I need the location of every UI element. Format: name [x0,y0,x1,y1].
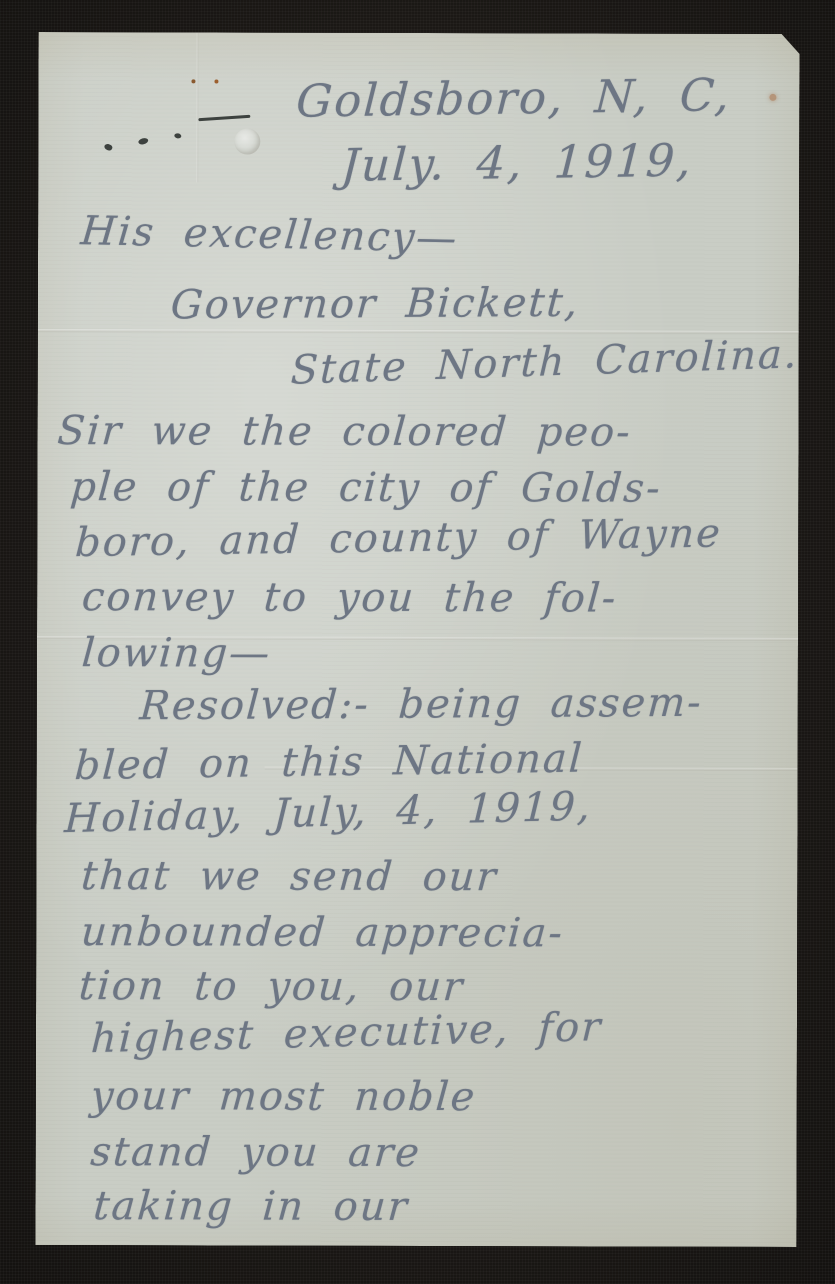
body-line: boro, and county of Wayne [74,510,723,566]
body-line: ple of the city of Golds- [69,464,664,512]
ink-smudge-speck [103,143,113,152]
body-line: Sir we the colored peo- [56,408,634,455]
body-line: that we send our [80,853,500,900]
body-line: lowing— [80,630,273,676]
addressee-line: Governor Bickett, [169,280,580,329]
salutation-line: His excellency— [79,208,460,261]
letter-paper: Goldsboro, N, C, July. 4, 1919, His exce… [35,32,799,1247]
state-line: State North Carolina. [290,331,800,393]
body-line: taking in our [92,1183,411,1230]
fold-crease-vertical [196,32,198,182]
body-line: convey to you the fol- [80,574,619,621]
body-line: highest executive, for [90,1004,604,1062]
place-line: Goldsboro, N, C, [295,68,733,127]
body-line: bled on this National [73,736,585,790]
body-line: tion to you, our [77,963,465,1010]
body-line: Resolved:- being assem- [138,680,704,729]
scan-background: Goldsboro, N, C, July. 4, 1919, His exce… [0,0,835,1284]
body-line: Holiday, July, 4, 1919, [63,784,592,842]
paper-dimple [234,129,260,155]
paper-stain-speck [214,79,218,83]
ink-smudge-dash [198,115,250,121]
body-line: unbounded apprecia- [80,909,566,956]
ink-smudge-speck [174,133,182,139]
fold-crease-top [38,329,799,334]
body-line: stand you are [89,1129,423,1176]
paper-stain-speck [191,79,195,83]
ink-smudge-speck [138,137,149,145]
body-line: your most noble [89,1073,478,1120]
date-line: July. 4, 1919, [340,134,694,192]
paper-stain-speck [769,94,776,101]
